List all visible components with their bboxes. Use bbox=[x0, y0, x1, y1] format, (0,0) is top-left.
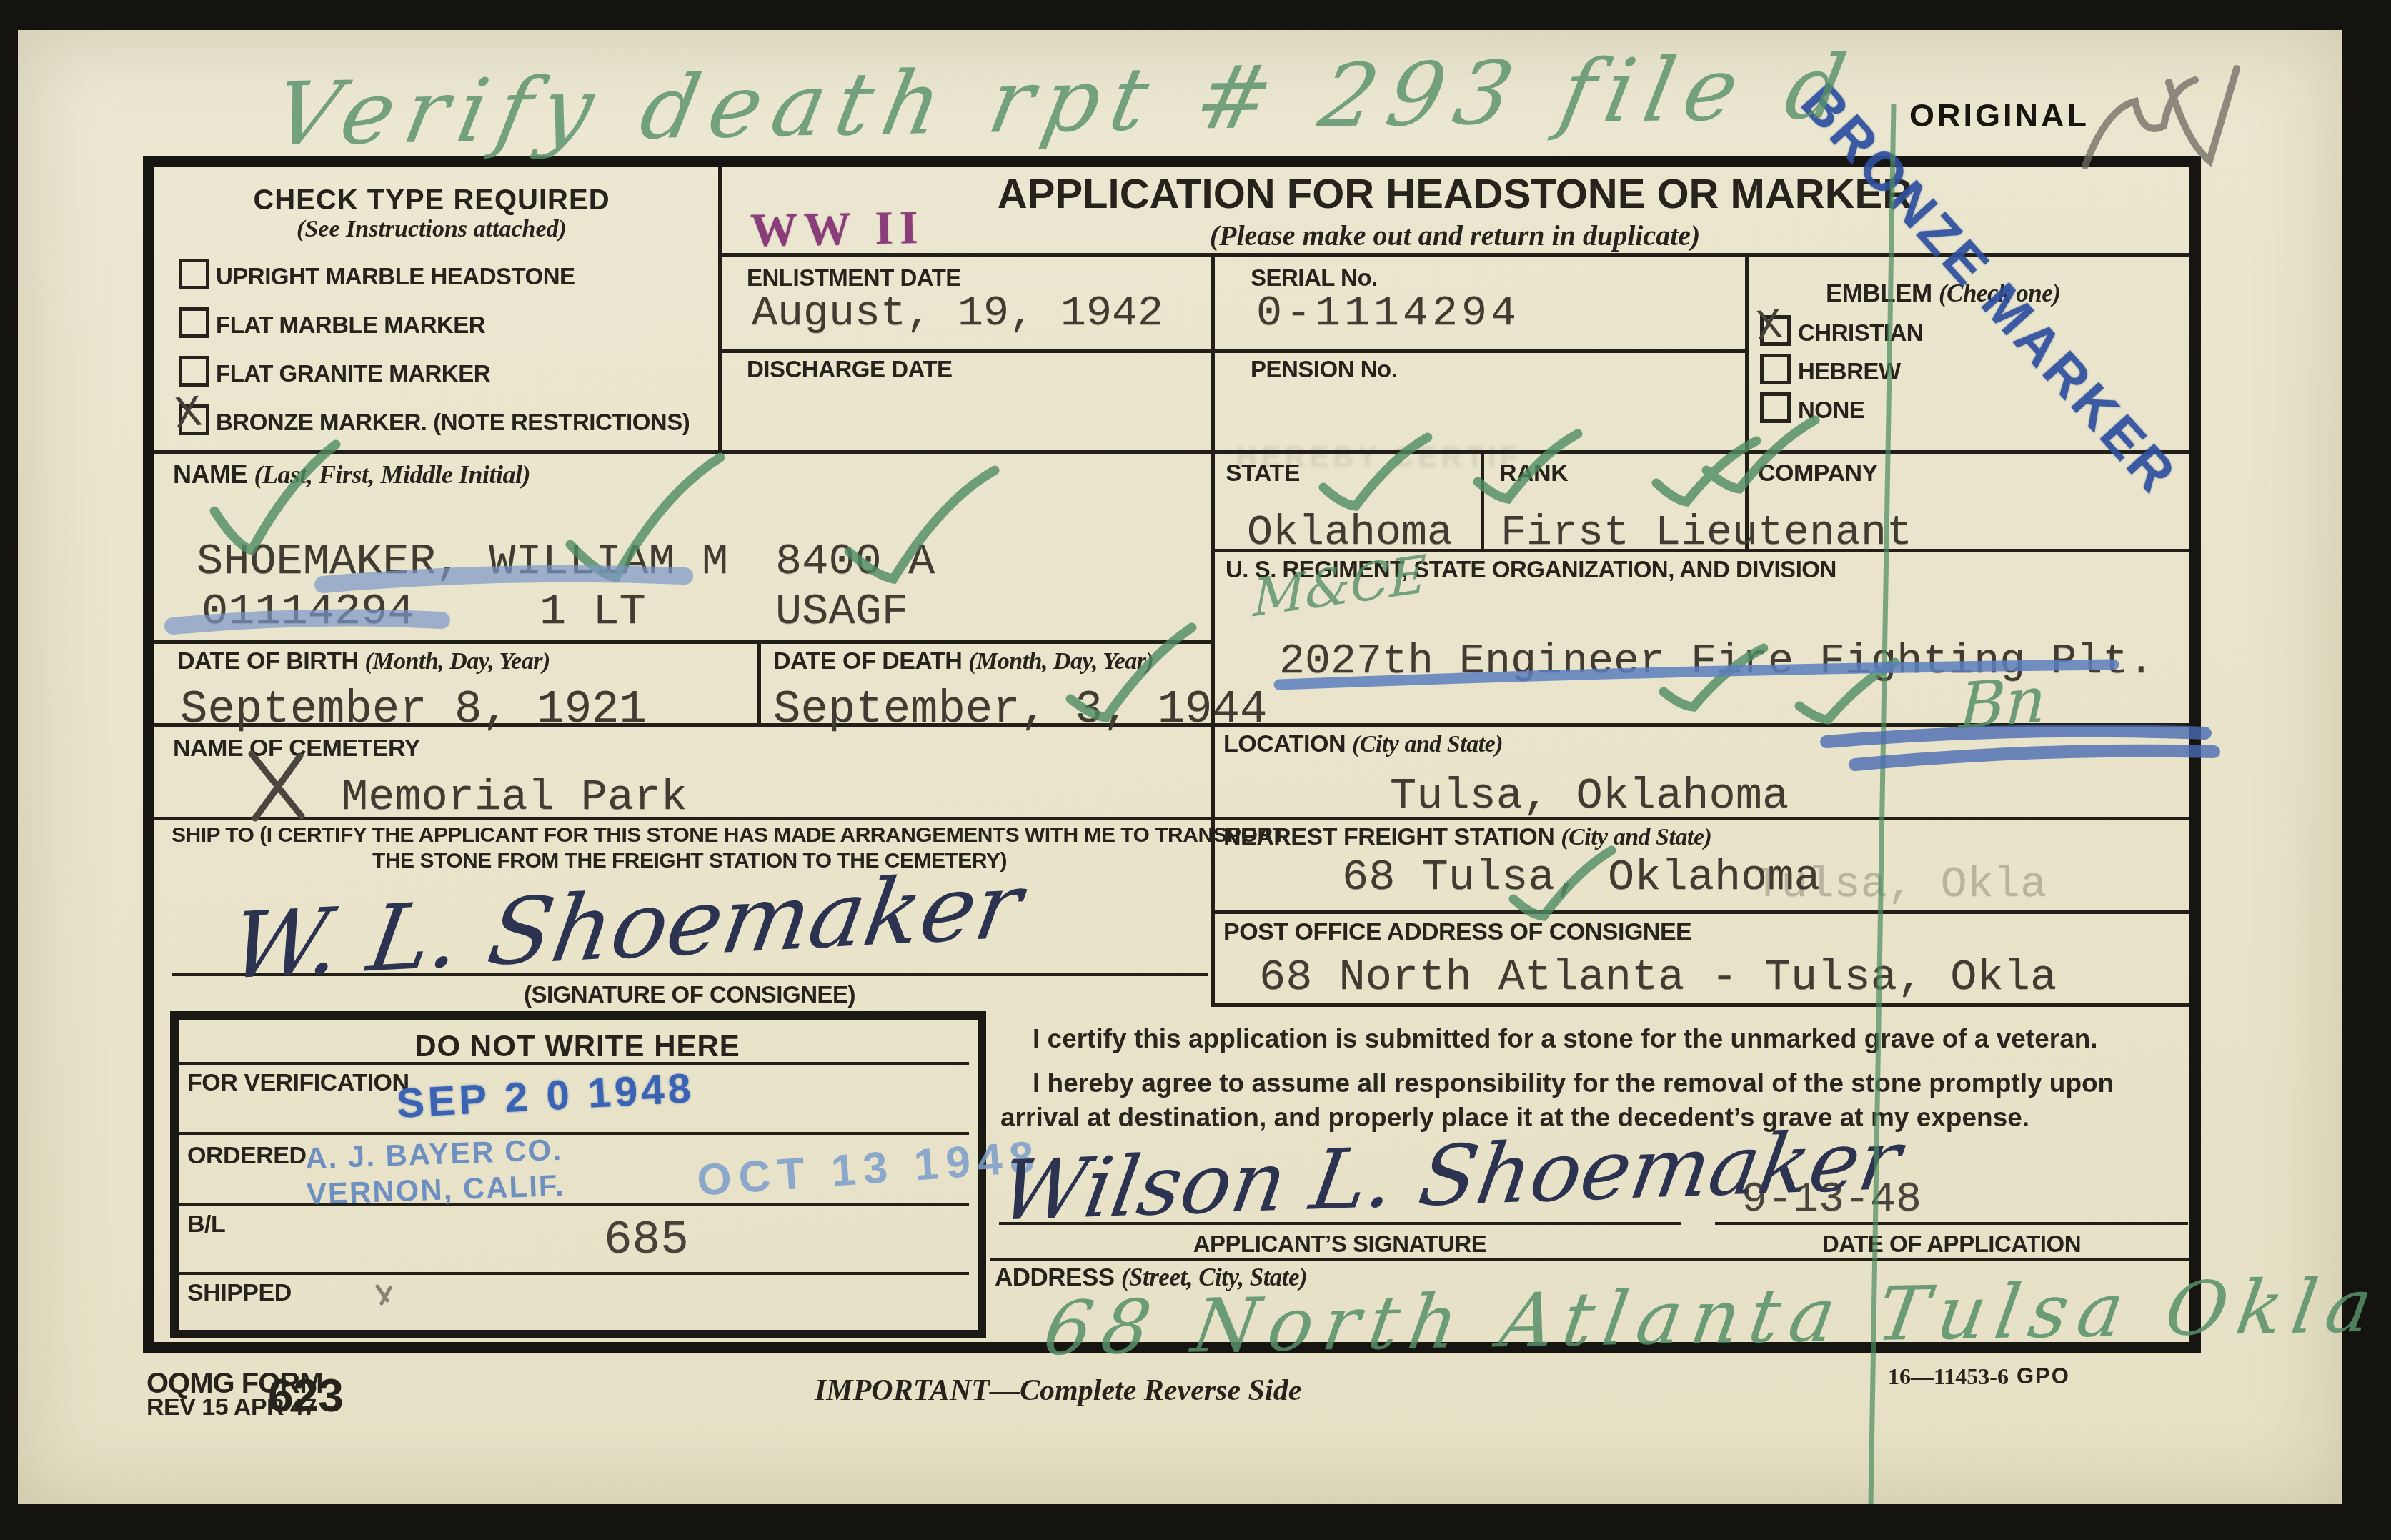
application-date-caption: DATE OF APPLICATION bbox=[1715, 1231, 2188, 1258]
checkbox-flat-granite bbox=[179, 356, 209, 387]
name-line2-branch: USAGF bbox=[775, 586, 908, 637]
checkbox-upright-marble bbox=[179, 259, 209, 289]
checkbox-label: FLAT MARBLE MARKER bbox=[216, 312, 485, 339]
pension-label: PENSION No. bbox=[1251, 356, 1397, 383]
x-mark-christian: X bbox=[1754, 302, 1784, 353]
certification-para1: I certify this application is submitted … bbox=[1000, 1022, 2187, 1056]
rule-enlistment bbox=[720, 349, 1745, 353]
divider-emblem bbox=[1745, 253, 1749, 549]
form-number: 623 bbox=[268, 1369, 343, 1422]
dnw-rule-2 bbox=[179, 1132, 969, 1135]
location-label-italic: (City and State) bbox=[1352, 731, 1503, 757]
check-type-subtitle: (See Instructions attached) bbox=[143, 216, 720, 243]
freight-value: 68 Tulsa, Oklahoma bbox=[1342, 852, 1821, 903]
rank-value: First Lieutenant bbox=[1501, 509, 1912, 557]
location-label-text: LOCATION bbox=[1223, 730, 1346, 757]
ordered-label: ORDERED bbox=[187, 1142, 307, 1170]
po-address-value: 68 North Atlanta - Tulsa, Okla bbox=[1259, 952, 2057, 1003]
page-title: APPLICATION FOR HEADSTONE OR MARKER bbox=[720, 170, 2189, 218]
important-note: IMPORTANT—Complete Reverse Side bbox=[815, 1373, 1301, 1408]
checkbox-label: FLAT GRANITE MARKER bbox=[216, 360, 490, 387]
dob-value: September 8, 1921 bbox=[180, 685, 647, 736]
gpo-label: GPO bbox=[2017, 1363, 2070, 1389]
original-label: ORIGINAL bbox=[1909, 97, 2089, 134]
emblem-option-label: NONE bbox=[1798, 397, 1864, 424]
name-label-italic: (Last, First, Middle Initial) bbox=[254, 460, 531, 489]
name-label-text: NAME bbox=[173, 459, 247, 489]
bl-label: B/L bbox=[187, 1211, 225, 1238]
x-mark-bronze: X bbox=[173, 388, 204, 441]
dob-label: DATE OF BIRTH (Month, Day, Year) bbox=[177, 647, 550, 675]
name-line1-right: 8400 A bbox=[775, 536, 935, 587]
checkbox-hebrew bbox=[1760, 354, 1791, 384]
divider-center bbox=[1211, 253, 1215, 1003]
ww2-stamp: WW II bbox=[750, 201, 925, 258]
name-line2-serial: 01114294 bbox=[202, 586, 414, 637]
divider-dob-dod bbox=[757, 640, 761, 723]
checkbox-label: BRONZE MARKER. (NOTE RESTRICTIONS) bbox=[216, 409, 690, 436]
emblem-label-text: EMBLEM bbox=[1826, 279, 1932, 307]
enlistment-value: August, 19, 1942 bbox=[752, 289, 1163, 338]
checkbox-flat-marble bbox=[179, 307, 209, 338]
dnw-title: DO NOT WRITE HERE bbox=[170, 1029, 985, 1063]
location-label: LOCATION (City and State) bbox=[1223, 730, 1503, 758]
freight-label-italic: (City and State) bbox=[1561, 824, 1711, 850]
rule-under-name bbox=[154, 640, 1211, 644]
po-address-label: POST OFFICE ADDRESS OF CONSIGNEE bbox=[1223, 918, 1691, 946]
checkbox-label: UPRIGHT MARBLE HEADSTONE bbox=[216, 263, 575, 290]
freight-ghost-text: Tulsa, Okla bbox=[1754, 859, 2047, 910]
name-line2-rank: 1 LT bbox=[540, 586, 646, 637]
dod-label: DATE OF DEATH (Month, Day, Year) bbox=[773, 647, 1153, 675]
bleed-through-text: HEREBY CERTIF bbox=[1236, 442, 1522, 474]
dnw-rule-3 bbox=[179, 1203, 969, 1206]
dnw-rule-4 bbox=[179, 1272, 969, 1275]
print-code: 16—11453-6 bbox=[1888, 1363, 2009, 1390]
name-label: NAME (Last, First, Middle Initial) bbox=[173, 459, 530, 490]
rule-above-address bbox=[990, 1258, 2189, 1261]
cemetery-label: NAME OF CEMETERY bbox=[173, 735, 420, 762]
location-value: Tulsa, Oklahoma bbox=[1390, 770, 1789, 821]
serial-label: SERIAL No. bbox=[1251, 264, 1378, 292]
dob-label-italic: (Month, Day, Year) bbox=[364, 648, 550, 675]
bl-value: 685 bbox=[604, 1213, 689, 1267]
discharge-label: DISCHARGE DATE bbox=[747, 356, 953, 383]
ship-to-label-line1: SHIP TO (I CERTIFY THE APPLICANT FOR THI… bbox=[172, 823, 1208, 848]
shipped-label: SHIPPED bbox=[187, 1279, 292, 1307]
company-label: COMPANY bbox=[1758, 459, 1878, 487]
dod-value: September, 3, 1944 bbox=[773, 685, 1267, 736]
rule-under-po-address bbox=[1211, 1003, 2189, 1007]
dod-label-text: DATE OF DEATH bbox=[773, 647, 962, 675]
cemetery-value: Memorial Park bbox=[342, 772, 687, 823]
rule-under-freight bbox=[1211, 910, 2189, 914]
emblem-option-label: HEBREW bbox=[1798, 358, 1901, 385]
rule-above-name bbox=[154, 450, 2189, 454]
scanned-form: CHECK TYPE REQUIRED (See Instructions at… bbox=[0, 0, 2391, 1540]
bn-handwritten-note: Bn bbox=[1958, 662, 2048, 743]
dod-label-italic: (Month, Day, Year) bbox=[968, 648, 1153, 675]
certification-text: I certify this application is submitted … bbox=[1000, 1022, 2187, 1135]
enlistment-label: ENLISTMENT DATE bbox=[747, 264, 961, 292]
freight-label: NEAREST FREIGHT STATION (City and State) bbox=[1223, 823, 1711, 851]
ordered-company-stamp: A. J. BAYER CO. VERNON, CALIF. bbox=[304, 1132, 565, 1212]
verification-label: FOR VERIFICATION bbox=[187, 1069, 409, 1097]
ship-to-label-line2: THE STONE FROM THE FREIGHT STATION TO TH… bbox=[172, 849, 1208, 873]
serial-value: 0-1114294 bbox=[1256, 289, 1520, 338]
name-line1: SHOEMAKER, WILLIAM M bbox=[197, 536, 728, 587]
emblem-option-label: CHRISTIAN bbox=[1798, 319, 1923, 347]
check-type-title: CHECK TYPE REQUIRED bbox=[143, 184, 720, 217]
checkbox-none bbox=[1760, 392, 1791, 423]
dob-label-text: DATE OF BIRTH bbox=[177, 647, 359, 675]
freight-label-text: NEAREST FREIGHT STATION bbox=[1223, 823, 1554, 850]
